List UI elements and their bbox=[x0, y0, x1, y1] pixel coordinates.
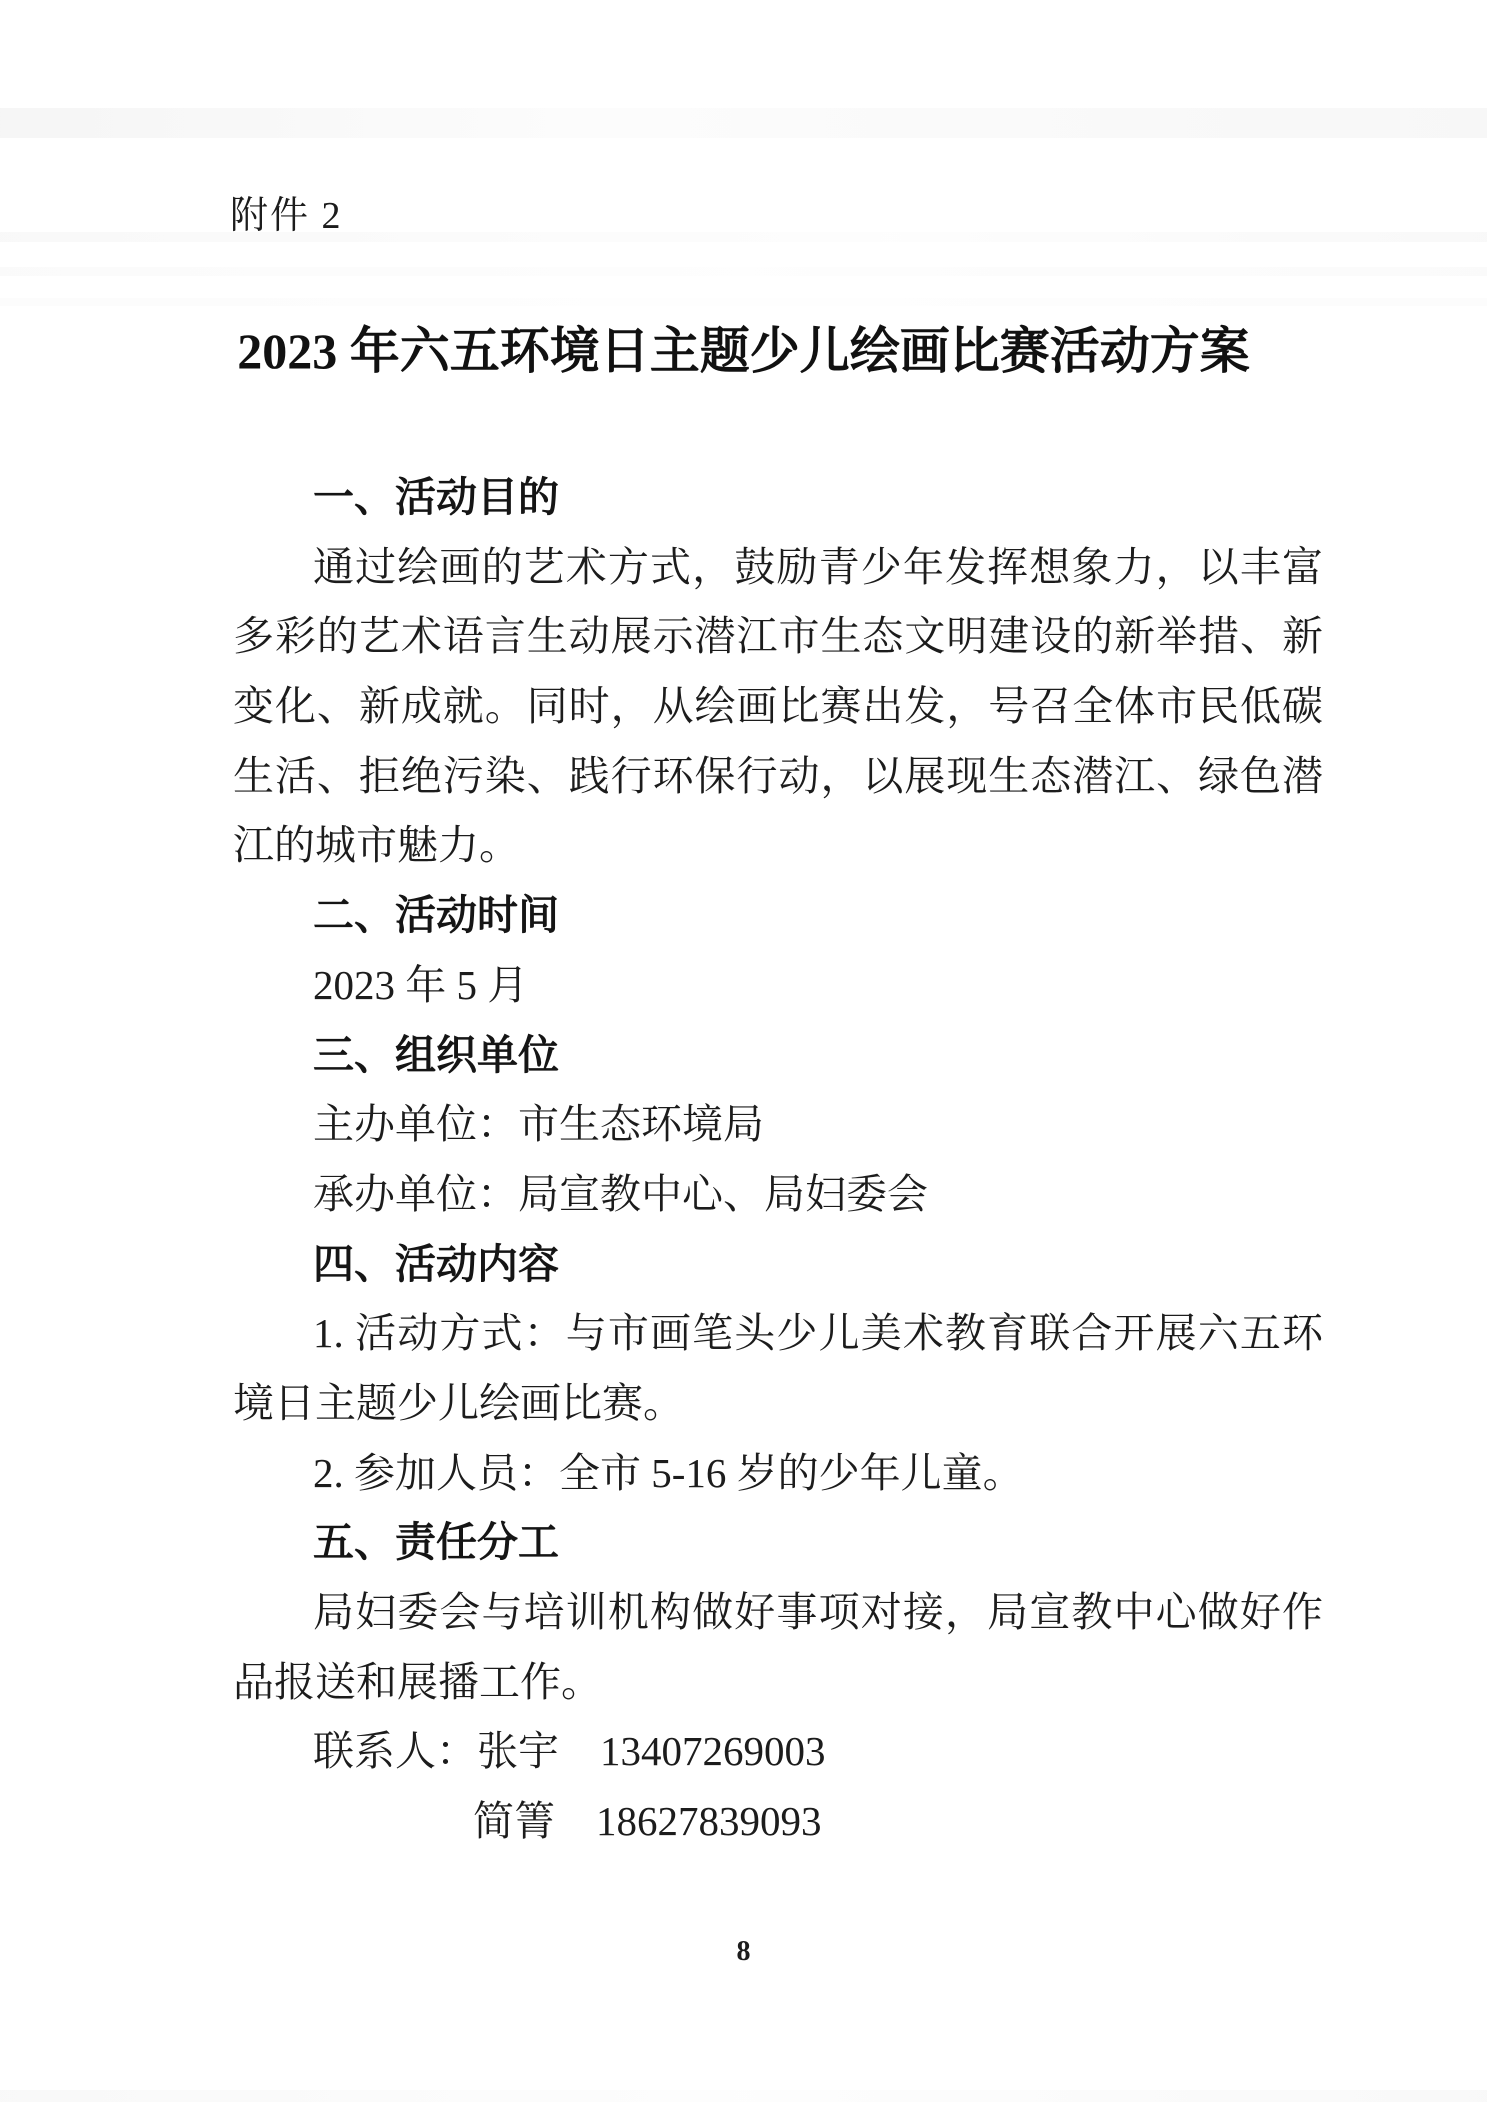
text-line: 联系人：张宇 13407269003 bbox=[233, 1717, 1323, 1787]
attachment-label: 附件 2 bbox=[230, 194, 343, 238]
document-page: 附件 2 2023 年六五环境日主题少儿绘画比赛活动方案 一、活动目的通过绘画的… bbox=[0, 0, 1487, 2102]
scan-artifact bbox=[0, 2090, 1487, 2102]
text-line: 境日主题少儿绘画比赛。 bbox=[233, 1369, 1323, 1439]
section-heading: 五、责任分工 bbox=[233, 1508, 1323, 1578]
section-heading: 三、组织单位 bbox=[233, 1021, 1323, 1091]
scan-artifact bbox=[0, 232, 1487, 242]
text-line: 2. 参加人员：全市 5-16 岁的少年儿童。 bbox=[233, 1439, 1323, 1509]
text-line: 生活、拒绝污染、践行环保行动，以展现生态潜江、绿色潜 bbox=[233, 742, 1323, 812]
text-line: 简箐 18627839093 bbox=[233, 1787, 1323, 1857]
scan-artifact bbox=[0, 298, 1487, 306]
text-line: 通过绘画的艺术方式，鼓励青少年发挥想象力，以丰富 bbox=[233, 533, 1323, 603]
text-line: 变化、新成就。同时，从绘画比赛出发，号召全体市民低碳 bbox=[233, 672, 1323, 742]
section-heading: 一、活动目的 bbox=[233, 463, 1323, 533]
text-line: 江的城市魅力。 bbox=[233, 811, 1323, 881]
scan-artifact bbox=[0, 108, 1487, 138]
section-heading: 四、活动内容 bbox=[233, 1230, 1323, 1300]
document-title: 2023 年六五环境日主题少儿绘画比赛活动方案 bbox=[0, 320, 1487, 382]
text-line: 2023 年 5 月 bbox=[233, 951, 1323, 1021]
text-line: 主办单位：市生态环境局 bbox=[233, 1090, 1323, 1160]
text-line: 承办单位：局宣教中心、局妇委会 bbox=[233, 1160, 1323, 1230]
scan-artifact bbox=[0, 267, 1487, 276]
text-line: 1. 活动方式：与市画笔头少儿美术教育联合开展六五环 bbox=[233, 1299, 1323, 1369]
document-body: 一、活动目的通过绘画的艺术方式，鼓励青少年发挥想象力，以丰富多彩的艺术语言生动展… bbox=[233, 463, 1323, 1857]
text-line: 品报送和展播工作。 bbox=[233, 1648, 1323, 1718]
text-line: 多彩的艺术语言生动展示潜江市生态文明建设的新举措、新 bbox=[233, 602, 1323, 672]
section-heading: 二、活动时间 bbox=[233, 881, 1323, 951]
page-number: 8 bbox=[0, 1934, 1487, 1970]
text-line: 局妇委会与培训机构做好事项对接，局宣教中心做好作 bbox=[233, 1578, 1323, 1648]
